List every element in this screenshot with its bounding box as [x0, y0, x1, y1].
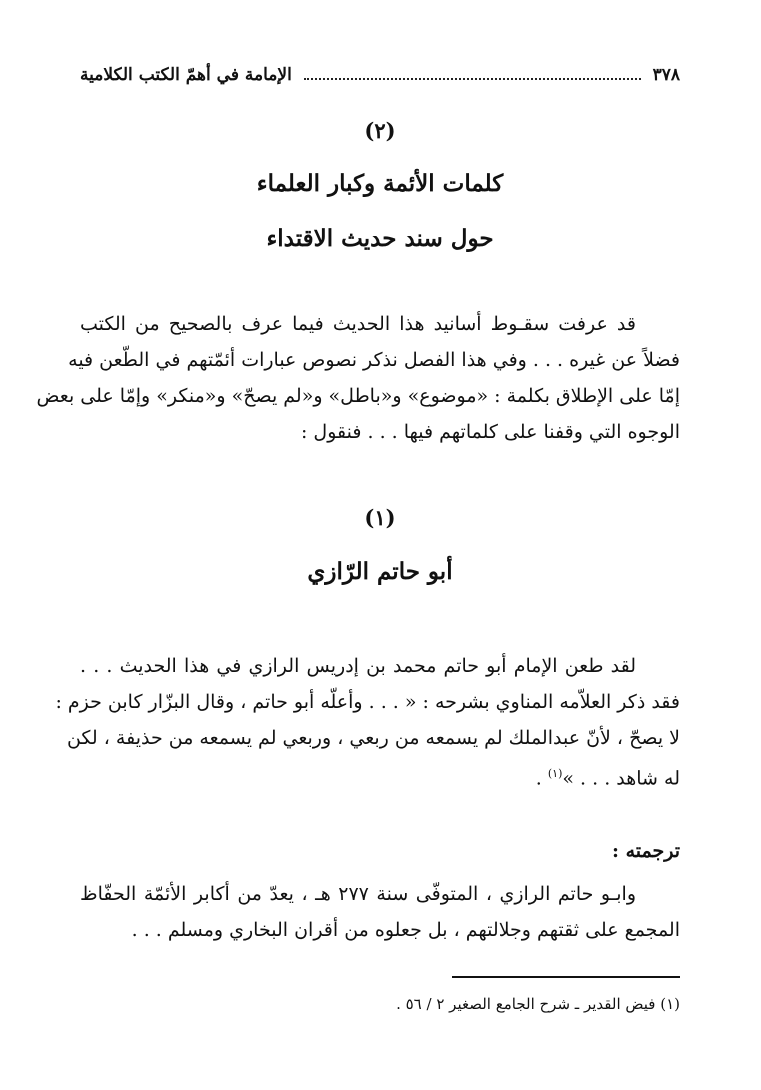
paragraph-line: وابـو حاتم الرازي ، المتوفّى سنة ٢٧٧ هـ … — [80, 876, 680, 912]
subsection-paragraph: لقد طعن الإمام أبو حاتم محمد بن إدريس ال… — [80, 648, 680, 796]
subsection-number: (١) — [80, 505, 680, 530]
paragraph-line-text: له شاهد . . . » — [562, 767, 680, 789]
section-number: (٢) — [80, 118, 680, 143]
paragraph-line: لا يصحّ ، لأنّ عبدالملك لم يسمعه من ربعي… — [80, 720, 680, 756]
paragraph-line: الوجوه التي وقفنا على كلماتهم فيها . . .… — [80, 414, 680, 450]
paragraph-line-tail: . — [536, 767, 548, 789]
running-header: ٣٧٨ الإمامة في أهمّ الكتب الكلامية — [80, 62, 680, 88]
section-title-line-2: حول سند حديث الاقتداء — [80, 225, 680, 252]
subsection-title: أبو حاتم الرّازي — [80, 558, 680, 585]
footnote: (١) فيض القدير ـ شرح الجامع الصغير ٢ / ٥… — [396, 995, 680, 1013]
book-title: الإمامة في أهمّ الكتب الكلامية — [80, 65, 292, 85]
paragraph-line: له شاهد . . . »(١) . — [80, 756, 680, 796]
paragraph-line: المجمع على ثقتهم وجلالتهم ، بل جعلوه من … — [80, 912, 680, 948]
section-title-line-1: كلمات الأئمة وكبار العلماء — [80, 170, 680, 197]
paragraph-line: قد عرفت سقـوط أسانيد هذا الحديث فيما عرف… — [80, 306, 680, 342]
paragraph-line: لقد طعن الإمام أبو حاتم محمد بن إدريس ال… — [80, 648, 680, 684]
paragraph-line: فضلاً عن غيره . . . وفي هذا الفصل نذكر ن… — [80, 342, 680, 378]
biography-label: ترجمته : — [612, 840, 680, 862]
paragraph-line: فقد ذكر العلاّمه المناوي بشرحه : « . . .… — [80, 684, 680, 720]
paragraph-line: إمّا على الإطلاق بكلمة : «موضوع» و«باطل»… — [80, 378, 680, 414]
footnote-reference[interactable]: (١) — [548, 767, 563, 780]
footnote-divider — [452, 976, 680, 978]
intro-paragraph: قد عرفت سقـوط أسانيد هذا الحديث فيما عرف… — [80, 306, 680, 450]
biography-paragraph: وابـو حاتم الرازي ، المتوفّى سنة ٢٧٧ هـ … — [80, 876, 680, 948]
page-number: ٣٧٨ — [653, 65, 680, 85]
book-page: ٣٧٨ الإمامة في أهمّ الكتب الكلامية (٢) ك… — [80, 0, 680, 1090]
leader-dots — [304, 68, 641, 80]
